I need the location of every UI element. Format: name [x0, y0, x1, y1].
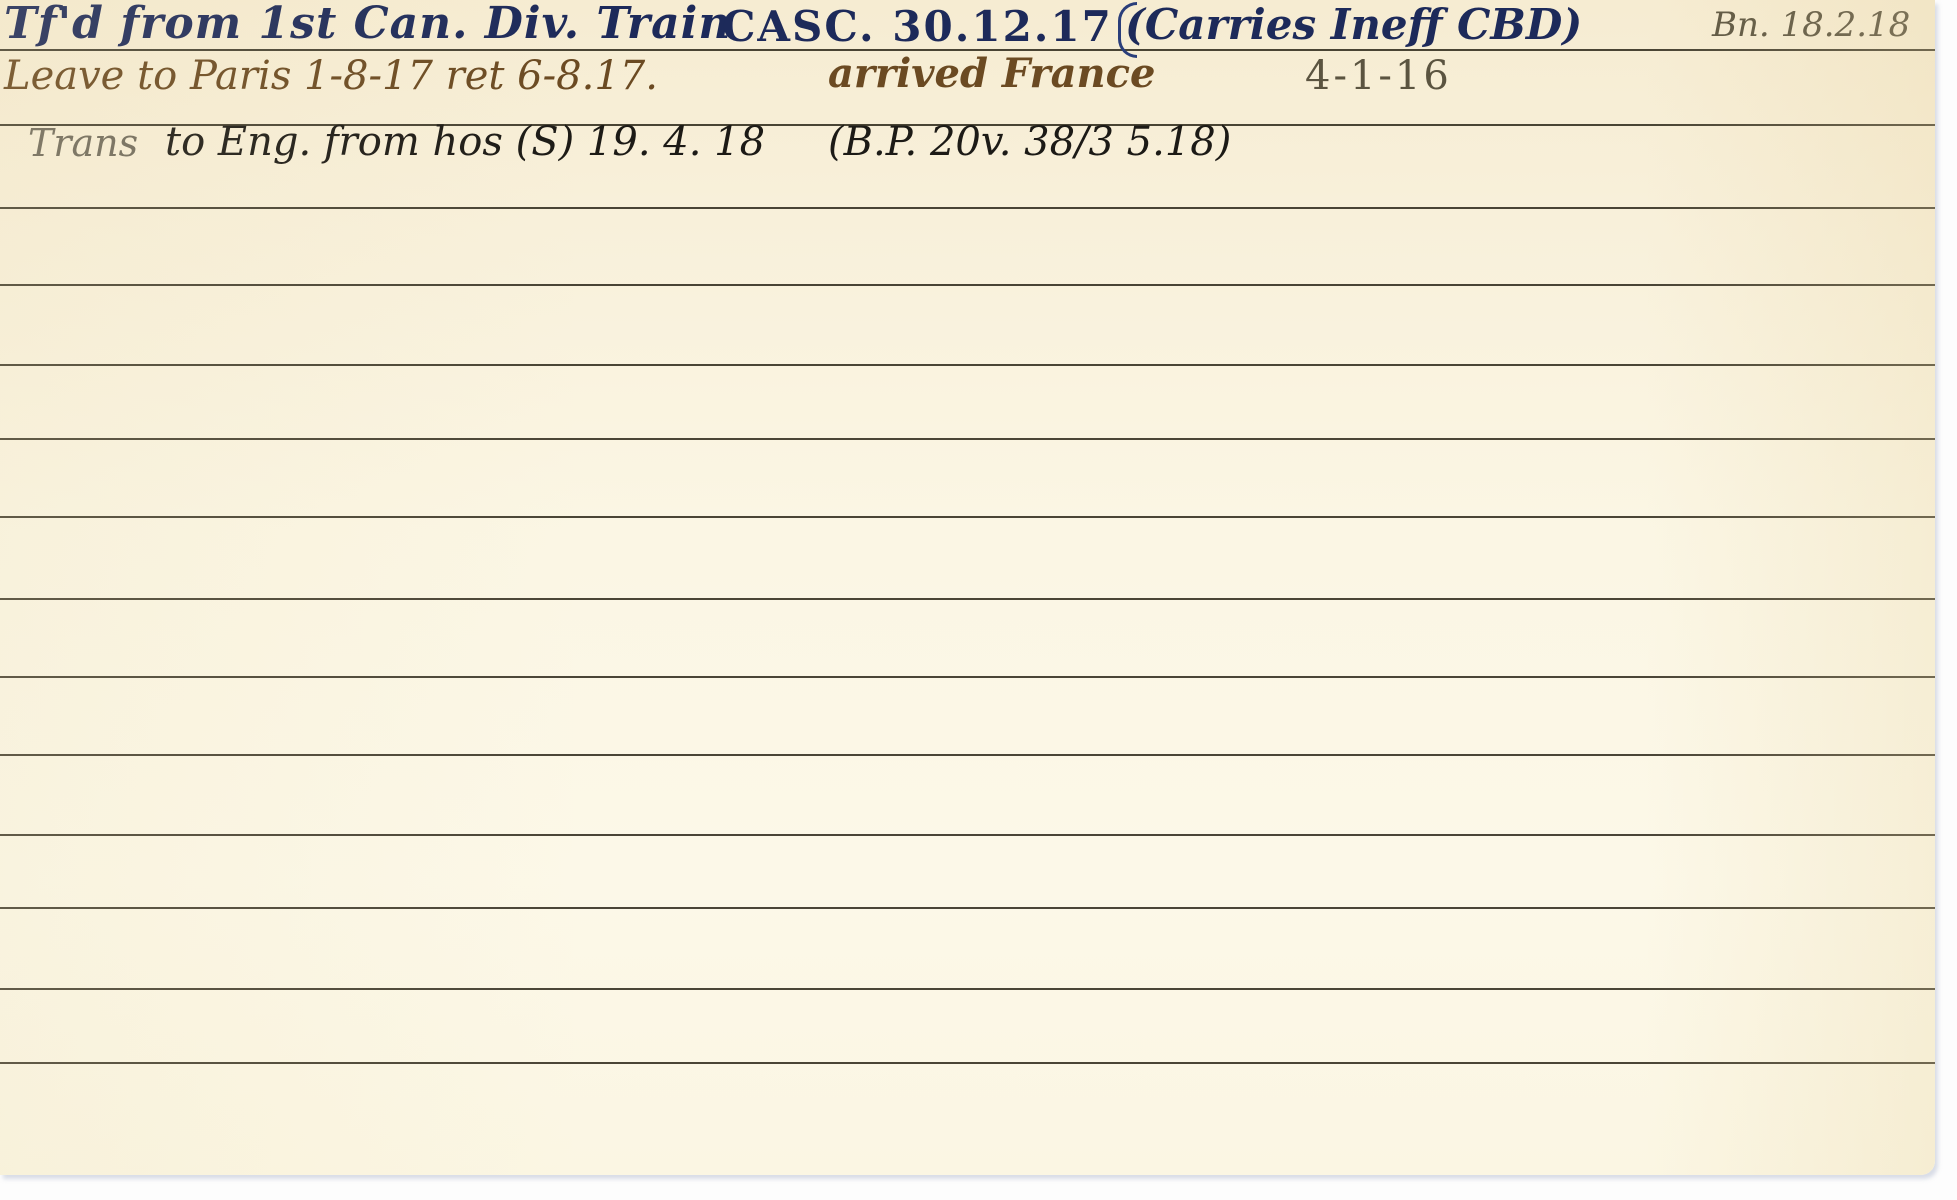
- entry-3-reference: (B.P. 20v. 38/3 5.18): [828, 122, 1231, 162]
- entry-1-transfer-text: Tf'd from 1st Can. Div. Train: [4, 2, 731, 46]
- record-card: Tf'd from 1st Can. Div. Train CASC. 30.1…: [0, 0, 1935, 1175]
- ruled-line: [0, 988, 1935, 990]
- entry-3-trans-word: Trans: [28, 124, 138, 162]
- ruled-line: [0, 438, 1935, 440]
- entry-2-arrival-date: 4-1-16: [1305, 56, 1452, 96]
- entry-1-casc-date: CASC. 30.12.17: [722, 6, 1113, 48]
- ruled-line: [0, 516, 1935, 518]
- ruled-line: [0, 676, 1935, 678]
- entry-2-leave-text: Leave to Paris 1-8-17 ret 6-8.17.: [4, 56, 658, 96]
- ruled-line: [0, 284, 1935, 286]
- ruled-line: [0, 907, 1935, 909]
- ruled-line: [0, 364, 1935, 366]
- ruled-line: [0, 834, 1935, 836]
- entry-3-transfer-text: to Eng. from hos (S) 19. 4. 18: [165, 122, 765, 162]
- entry-1-carries-note: (Carries Ineff CBD): [1125, 4, 1582, 46]
- ruled-line: [0, 754, 1935, 756]
- ruled-line: [0, 1062, 1935, 1064]
- ruled-line: [0, 598, 1935, 600]
- ruled-line: [0, 207, 1935, 209]
- entry-2-arrived-text: arrived France: [828, 54, 1155, 94]
- entry-1-pencil-date: Bn. 18.2.18: [1712, 8, 1910, 42]
